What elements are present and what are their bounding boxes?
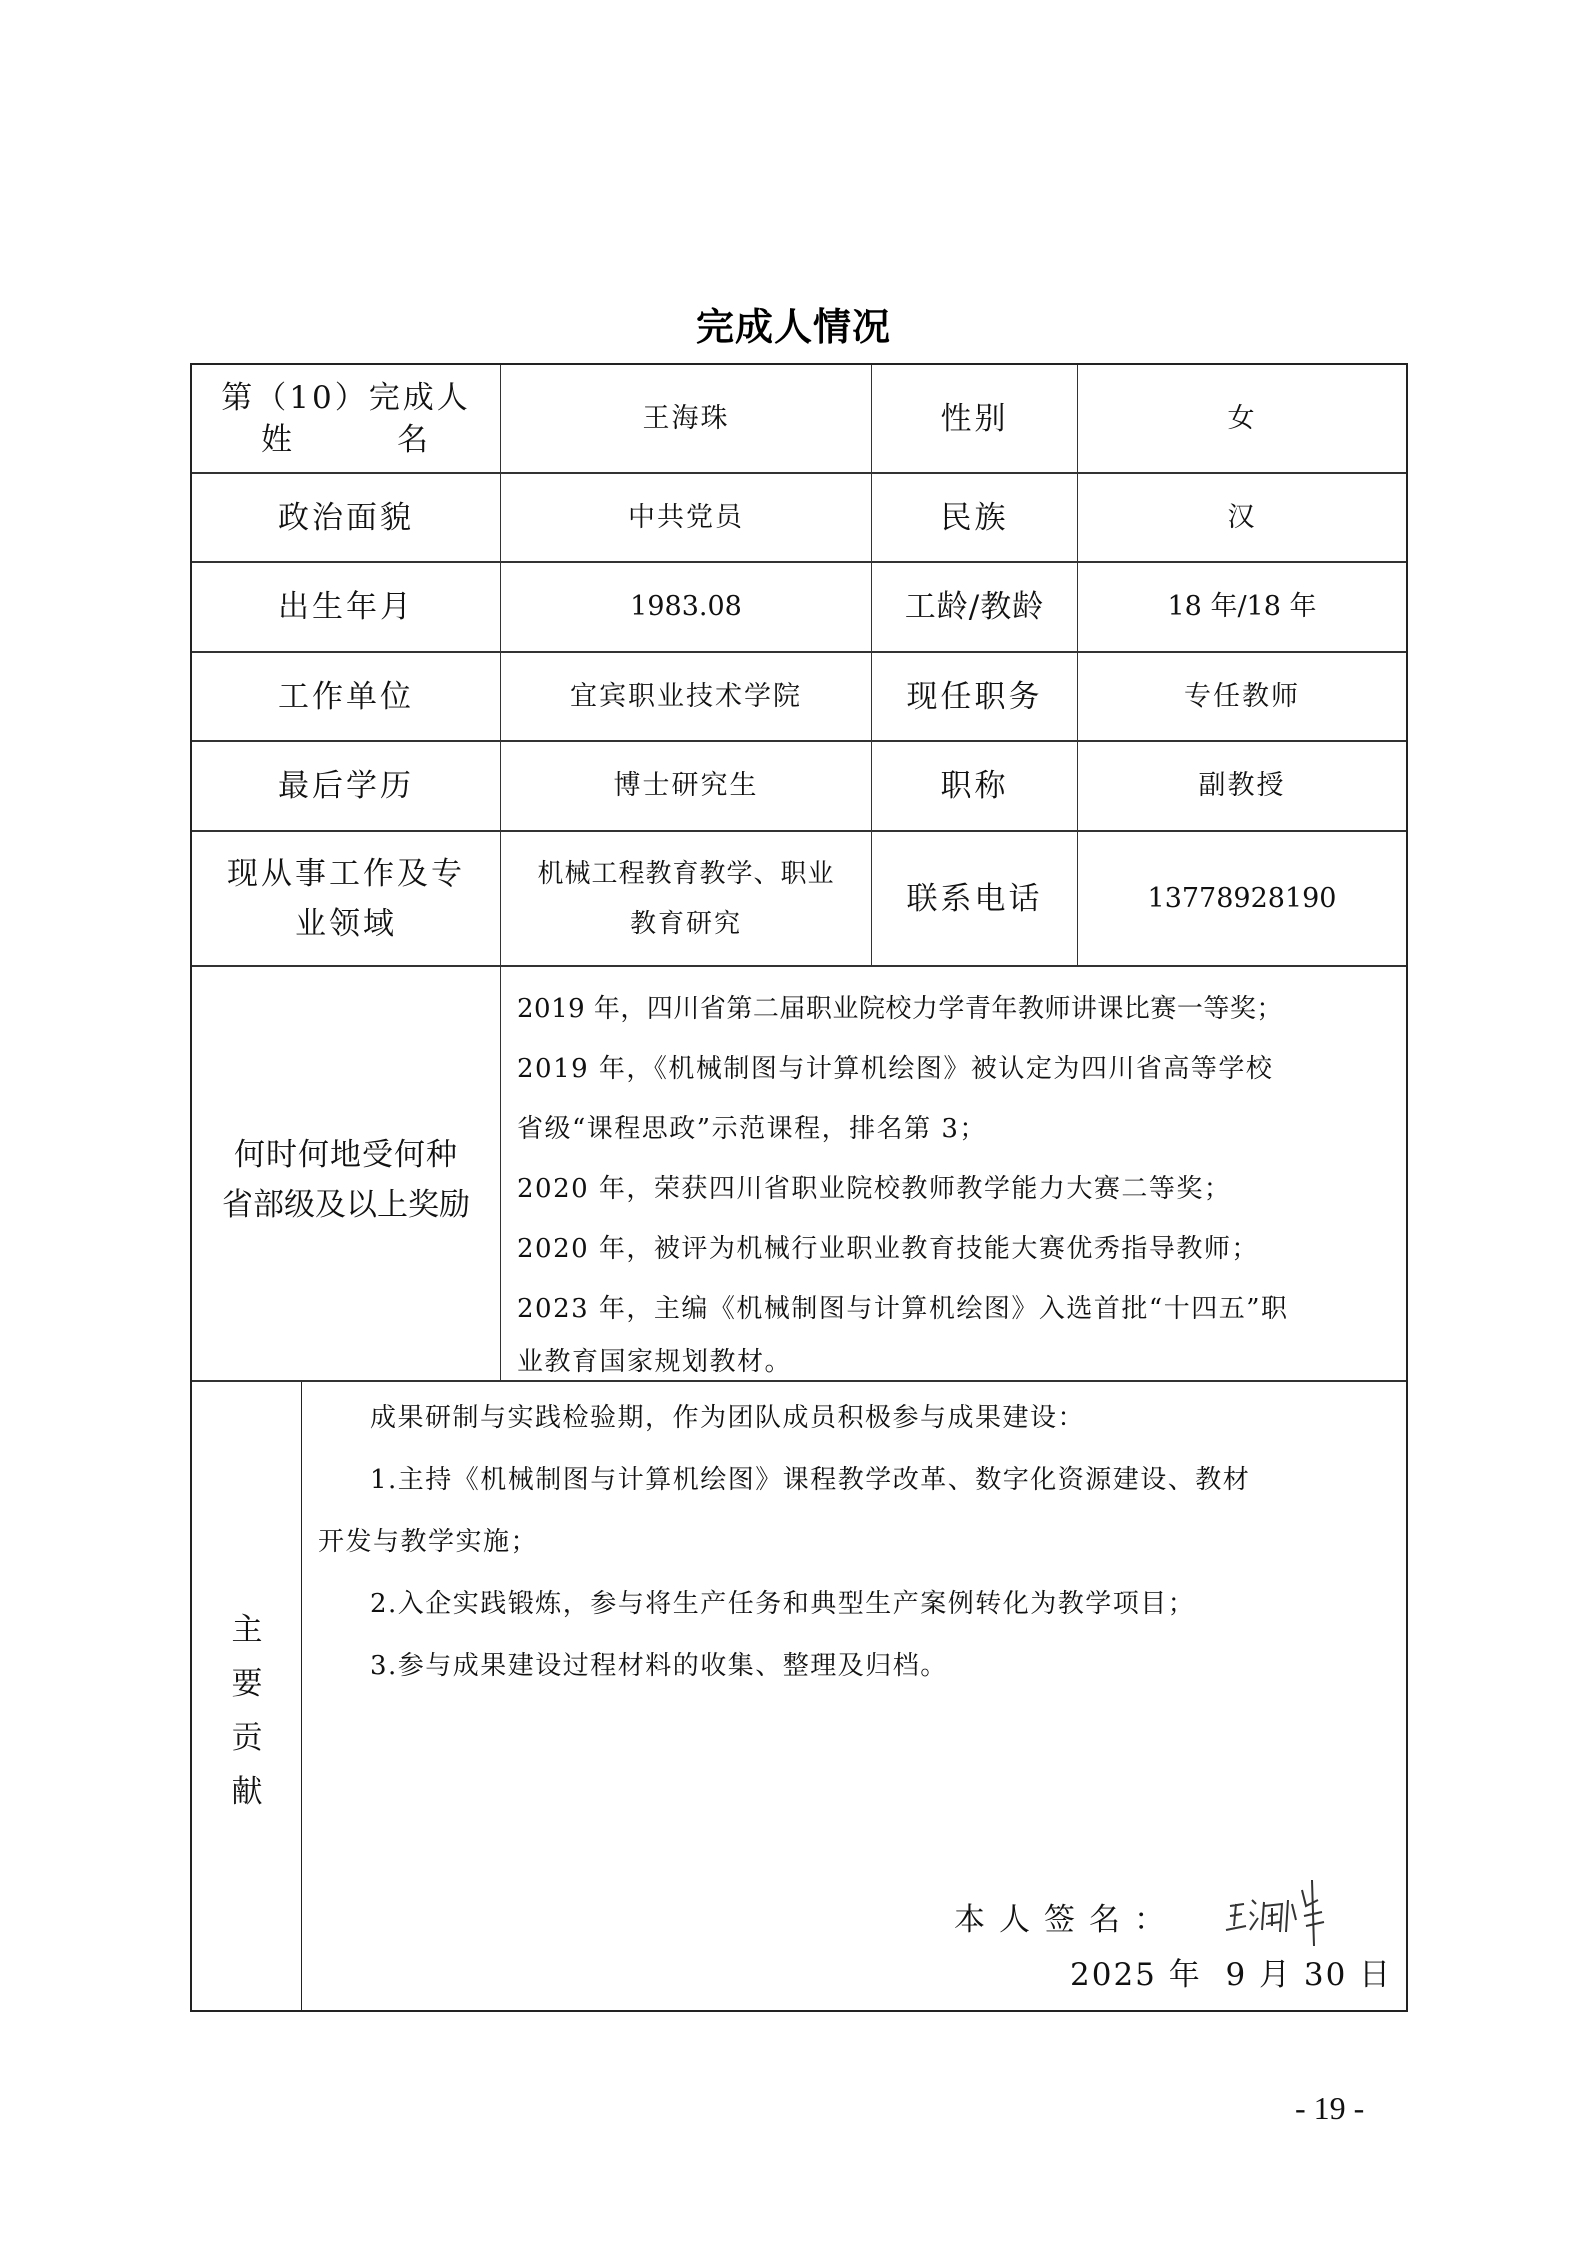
phone-value: 13778928190 — [1078, 832, 1406, 965]
table-row: 现从事工作及专 业领域 机械工程教育教学、职业 教育研究 联系电话 137789… — [192, 832, 1406, 967]
signature — [1222, 1860, 1342, 1950]
sign-date: 2025 年 9 月 30 日 — [1070, 1949, 1392, 1994]
info-table: 第（10）完成人 姓 名 王海珠 性别 女 政治面貌 中共党员 民族 汉 出生年… — [190, 363, 1408, 2012]
label-char: 要 — [192, 1658, 302, 1703]
label-line: 省部级及以上奖励 — [222, 1180, 470, 1230]
ethnicity-label: 民族 — [872, 474, 1078, 561]
value-line: 教育研究 — [630, 899, 742, 949]
award-item: 省级“课程思政”示范课程，排名第 3； — [517, 1099, 1289, 1159]
label-char: 献 — [192, 1766, 302, 1811]
education-value: 博士研究生 — [501, 742, 872, 830]
contribution-item: 1.主持《机械制图与计算机绘图》课程教学改革、数字化资源建设、教材 — [318, 1449, 1250, 1511]
label-char: 主 — [192, 1604, 302, 1649]
position-label: 现任职务 — [872, 653, 1078, 740]
contribution-item: 2.入企实践锻炼，参与将生产任务和典型生产案例转化为教学项目； — [318, 1573, 1250, 1635]
phone-label: 联系电话 — [872, 832, 1078, 965]
contribution-item: 开发与教学实施； — [318, 1511, 1250, 1573]
awards-list: 2019 年，四川省第二届职业院校力学青年教师讲课比赛一等奖； 2019 年，《… — [517, 979, 1289, 1389]
table-row: 出生年月 1983.08 工龄/教龄 18 年/18 年 — [192, 563, 1406, 653]
award-item: 2019 年，《机械制图与计算机绘图》被认定为四川省高等学校 — [517, 1039, 1289, 1099]
field-value: 机械工程教育教学、职业 教育研究 — [501, 832, 872, 965]
value-line: 机械工程教育教学、职业 — [537, 849, 834, 899]
birth-date-label: 出生年月 — [192, 563, 501, 651]
label-line: 何时何地受何种 — [234, 1130, 458, 1180]
label-line: 第（10）完成人 — [221, 377, 470, 419]
ethnicity-value: 汉 — [1078, 474, 1406, 561]
label-char: 贡 — [192, 1712, 302, 1757]
contribution-item: 成果研制与实践检验期，作为团队成员积极参与成果建设： — [318, 1387, 1250, 1449]
contribution-item: 3.参与成果建设过程材料的收集、整理及归档。 — [318, 1635, 1250, 1697]
award-item: 2020 年，被评为机械行业职业教育技能大赛优秀指导教师； — [517, 1219, 1289, 1279]
contribution-row: 主 要 贡 献 成果研制与实践检验期，作为团队成员积极参与成果建设： 1.主持《… — [192, 1382, 1406, 2010]
title-label: 职称 — [872, 742, 1078, 830]
awards-row: 何时何地受何种 省部级及以上奖励 2019 年，四川省第二届职业院校力学青年教师… — [192, 967, 1406, 1382]
work-years-value: 18 年/18 年 — [1078, 563, 1406, 651]
political-status-value: 中共党员 — [501, 474, 872, 561]
table-row: 第（10）完成人 姓 名 王海珠 性别 女 — [192, 365, 1406, 474]
awards-label: 何时何地受何种 省部级及以上奖励 — [192, 967, 501, 1380]
work-years-label: 工龄/教龄 — [872, 563, 1078, 651]
contribution-label: 主 要 贡 献 — [192, 1382, 302, 2010]
birth-date-value: 1983.08 — [501, 563, 872, 651]
gender-value: 女 — [1078, 365, 1406, 472]
contribution-list: 成果研制与实践检验期，作为团队成员积极参与成果建设： 1.主持《机械制图与计算机… — [318, 1387, 1250, 1697]
political-status-label: 政治面貌 — [192, 474, 501, 561]
award-item: 2019 年，四川省第二届职业院校力学青年教师讲课比赛一等奖； — [517, 979, 1289, 1039]
table-row: 工作单位 宜宾职业技术学院 现任职务 专任教师 — [192, 653, 1406, 742]
employer-value: 宜宾职业技术学院 — [501, 653, 872, 740]
gender-label: 性别 — [872, 365, 1078, 472]
employer-label: 工作单位 — [192, 653, 501, 740]
handwritten-signature-icon — [1222, 1860, 1342, 1950]
table-row: 最后学历 博士研究生 职称 副教授 — [192, 742, 1406, 832]
name-value: 王海珠 — [501, 365, 872, 472]
name-label: 第（10）完成人 姓 名 — [192, 365, 501, 472]
table-row: 政治面貌 中共党员 民族 汉 — [192, 474, 1406, 563]
award-item: 2023 年，主编《机械制图与计算机绘图》入选首批“十四五”职 — [517, 1279, 1289, 1339]
page-number: - 19 - — [1295, 2090, 1364, 2127]
position-value: 专任教师 — [1078, 653, 1406, 740]
signature-label: 本人签名： — [954, 1894, 1179, 1939]
label-line: 姓 名 — [261, 419, 431, 461]
field-label: 现从事工作及专 业领域 — [192, 832, 501, 965]
label-line: 业领域 — [295, 899, 397, 949]
education-label: 最后学历 — [192, 742, 501, 830]
page-title: 完成人情况 — [0, 296, 1587, 351]
award-item: 2020 年，荣获四川省职业院校教师教学能力大赛二等奖； — [517, 1159, 1289, 1219]
label-line: 现从事工作及专 — [227, 849, 465, 899]
title-value: 副教授 — [1078, 742, 1406, 830]
